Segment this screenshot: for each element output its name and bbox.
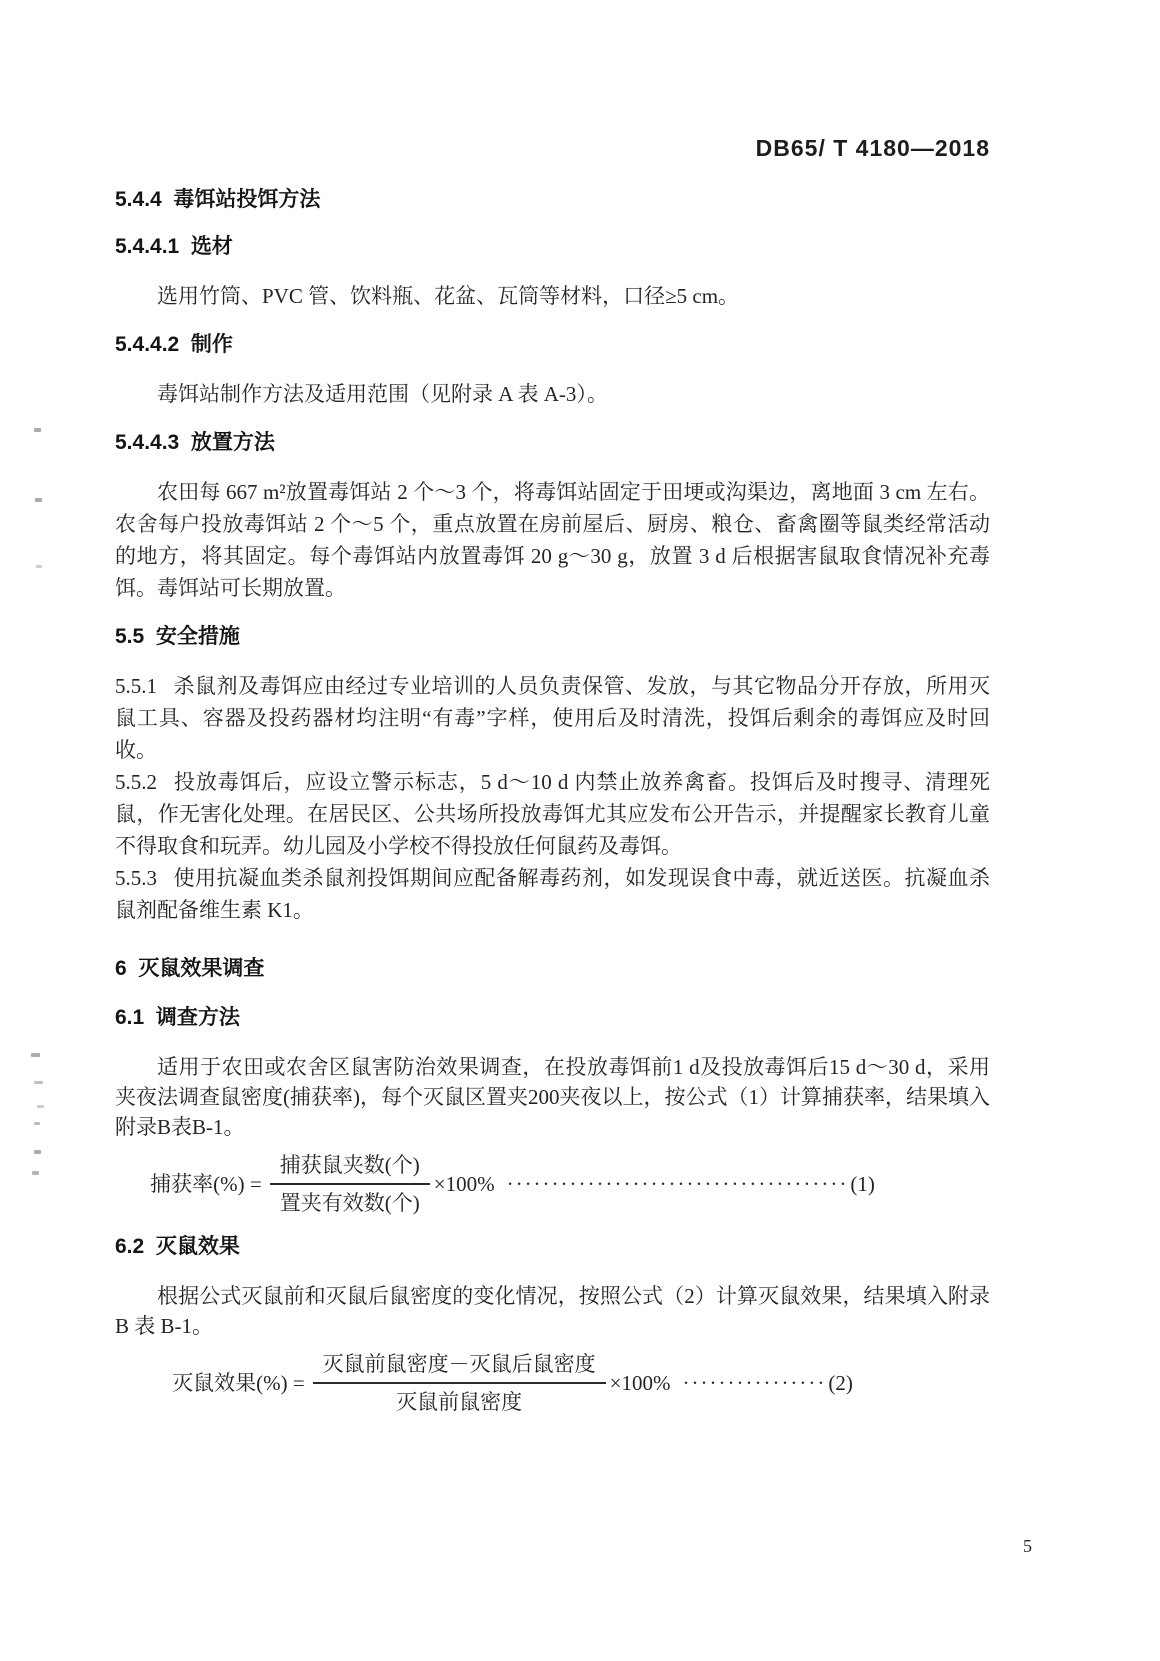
heading-5-4-4-2: 5.4.4.2 制作: [115, 331, 990, 359]
scan-artifact: [34, 1122, 40, 1125]
formula-2-lhs: 灭鼠效果(%) =: [172, 1370, 305, 1396]
formula-1-numerator: 捕获鼠夹数(个): [270, 1152, 430, 1185]
formula-2-fraction: 灭鼠前鼠密度－灭鼠后鼠密度 灭鼠前鼠密度: [313, 1351, 606, 1415]
clause-number: 5.5.2: [115, 770, 157, 794]
scan-artifact: [35, 498, 42, 502]
formula-1-lhs: 捕获率(%) =: [150, 1171, 262, 1197]
formula-2-multiplier: ×100%: [610, 1370, 671, 1396]
scan-artifact: [34, 1150, 41, 1154]
clause-text: 投放毒饵后，应设立警示标志，5 d～10 d 内禁止放养禽畜。投饵后及时搜寻、清…: [115, 770, 990, 858]
clause-5-5-2: 5.5.2投放毒饵后，应设立警示标志，5 d～10 d 内禁止放养禽畜。投饵后及…: [115, 766, 990, 862]
paragraph-5-4-4-1: 选用竹筒、PVC 管、饮料瓶、花盆、瓦筒等材料，口径≥5 cm。: [115, 280, 990, 312]
doc-code-header: DB65/ T 4180—2018: [115, 136, 990, 160]
clause-number: 5.5.3: [115, 866, 157, 890]
clause-text: 使用抗凝血类杀鼠剂投饵期间应配备解毒药剂，如发现误食中毒，就近送医。抗凝血杀鼠剂…: [115, 866, 990, 922]
document-page: DB65/ T 4180—2018 5.4.4 毒饵站投饵方法 5.4.4.1 …: [0, 0, 1160, 1661]
formula-1-denominator: 置夹有效数(个): [270, 1185, 430, 1216]
scan-artifact: [34, 1081, 43, 1084]
paragraph-5-4-4-3: 农田每 667 m²放置毒饵站 2 个～3 个，将毒饵站固定于田埂或沟渠边，离地…: [115, 476, 990, 604]
clause-5-5-3: 5.5.3使用抗凝血类杀鼠剂投饵期间应配备解毒药剂，如发现误食中毒，就近送医。抗…: [115, 862, 990, 926]
clause-number: 5.5.1: [115, 674, 157, 698]
page-number: 5: [1023, 1536, 1032, 1557]
scan-artifact: [32, 1171, 39, 1175]
formula-2: 灭鼠效果(%) = 灭鼠前鼠密度－灭鼠后鼠密度 灭鼠前鼠密度 ×100% ···…: [115, 1351, 910, 1415]
formula-1: 捕获率(%) = 捕获鼠夹数(个) 置夹有效数(个) ×100% ·······…: [115, 1152, 910, 1216]
formula-1-fraction: 捕获鼠夹数(个) 置夹有效数(个): [270, 1152, 430, 1216]
scan-artifact: [37, 1105, 44, 1108]
heading-5-4-4: 5.4.4 毒饵站投饵方法: [115, 186, 990, 214]
heading-5-4-4-3: 5.4.4.3 放置方法: [115, 429, 990, 457]
heading-5-5: 5.5 安全措施: [115, 623, 990, 651]
formula-1-number: (1): [850, 1171, 875, 1197]
formula-1-dot-leader: ······································: [507, 1171, 849, 1197]
heading-6: 6 灭鼠效果调查: [115, 954, 990, 984]
scan-artifact: [34, 428, 41, 432]
formula-2-numerator: 灭鼠前鼠密度－灭鼠后鼠密度: [313, 1351, 606, 1384]
formula-2-dot-leader: ················: [683, 1370, 827, 1396]
scan-artifact: [31, 1053, 40, 1057]
paragraph-5-4-4-2: 毒饵站制作方法及适用范围（见附录 A 表 A-3）。: [115, 378, 990, 410]
formula-1-multiplier: ×100%: [434, 1171, 495, 1197]
clause-text: 杀鼠剂及毒饵应由经过专业培训的人员负责保管、发放，与其它物品分开存放，所用灭鼠工…: [115, 674, 990, 762]
heading-6-2: 6.2 灭鼠效果: [115, 1232, 990, 1262]
paragraph-6-1: 适用于农田或农舍区鼠害防治效果调查，在投放毒饵前1 d及投放毒饵后15 d～30…: [115, 1052, 990, 1142]
paragraph-6-2: 根据公式灭鼠前和灭鼠后鼠密度的变化情况，按照公式（2）计算灭鼠效果，结果填入附录…: [115, 1281, 990, 1341]
heading-5-4-4-1: 5.4.4.1 选材: [115, 233, 990, 261]
formula-2-denominator: 灭鼠前鼠密度: [386, 1384, 532, 1415]
scan-artifact: [36, 565, 42, 568]
heading-6-1: 6.1 调查方法: [115, 1003, 990, 1033]
clause-5-5-1: 5.5.1杀鼠剂及毒饵应由经过专业培训的人员负责保管、发放，与其它物品分开存放，…: [115, 670, 990, 766]
formula-2-number: (2): [828, 1370, 853, 1396]
